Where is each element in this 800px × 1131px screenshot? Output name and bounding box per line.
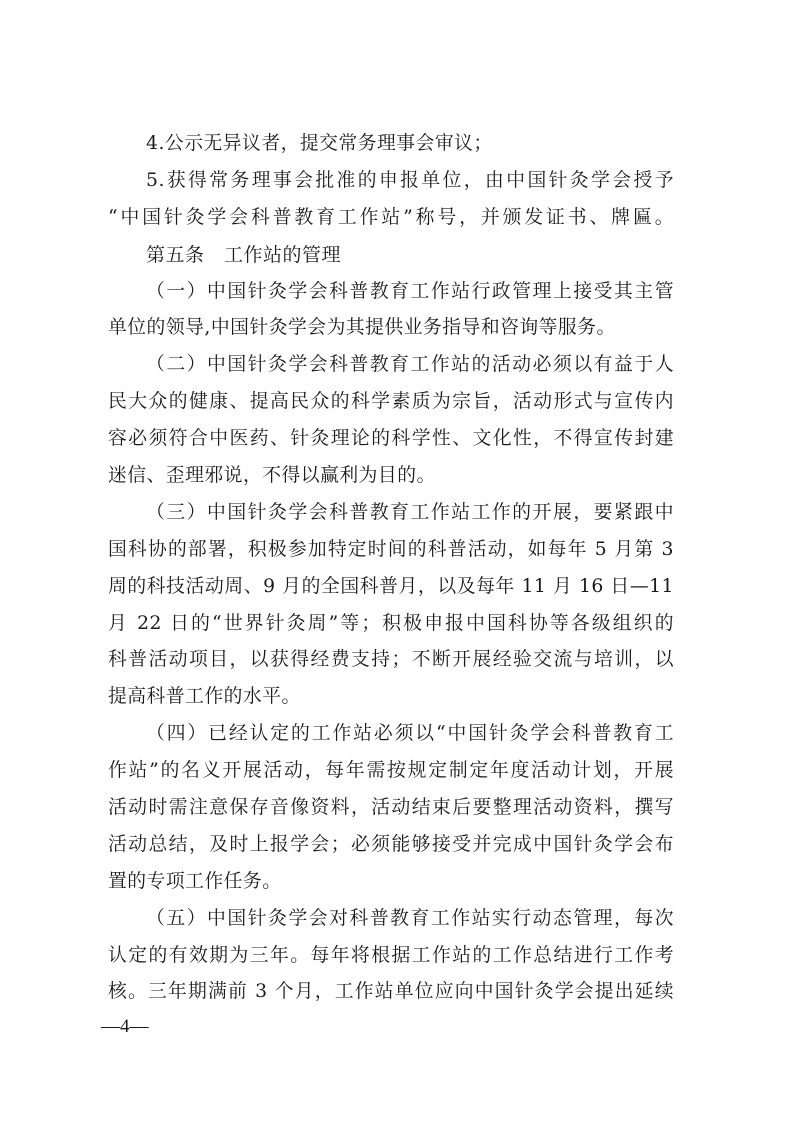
text-line: “中国针灸学会科普教育工作站”称号，并颁发证书、牌匾。 — [108, 200, 674, 237]
text-line: 核。三年期满前 3 个月，工作站单位应向中国针灸学会提出延续 — [108, 974, 674, 1011]
text-line: 月 22 日的“世界针灸周”等；积极申报中国科协等各级组织的 — [108, 606, 674, 643]
text-line: 活动时需注意保存音像资料，活动结束后要整理活动资料，撰写 — [108, 790, 674, 827]
text-line: 5.获得常务理事会批准的申报单位，由中国针灸学会授予 — [108, 163, 674, 200]
text-line: 活动总结，及时上报学会；必须能够接受并完成中国针灸学会布 — [108, 827, 674, 864]
text-line: 周的科技活动周、9 月的全国科普月，以及每年 11 月 16 日—11 — [108, 569, 674, 606]
text-line: （二）中国针灸学会科普教育工作站的活动必须以有益于人 — [108, 347, 674, 384]
text-line: 迷信、歪理邪说，不得以赢利为目的。 — [108, 458, 674, 495]
text-line: 民大众的健康、提高民众的科学素质为宗旨，活动形式与宣传内 — [108, 384, 674, 421]
text-line: 作站”的名义开展活动，每年需按规定制定年度活动计划，开展 — [108, 753, 674, 790]
text-line: （一）中国针灸学会科普教育工作站行政管理上接受其主管 — [108, 274, 674, 311]
text-line: 置的专项工作任务。 — [108, 864, 674, 901]
text-line: 认定的有效期为三年。每年将根据工作站的工作总结进行工作考 — [108, 938, 674, 975]
body-text: 4.公示无异议者，提交常务理事会审议； 5.获得常务理事会批准的申报单位，由中国… — [108, 126, 674, 1011]
text-line: 单位的领导,中国针灸学会为其提供业务指导和咨询等服务。 — [108, 310, 674, 347]
document-page: 4.公示无异议者，提交常务理事会审议； 5.获得常务理事会批准的申报单位，由中国… — [0, 0, 800, 1131]
text-line: 4.公示无异议者，提交常务理事会审议； — [108, 126, 674, 163]
page-number: —4— — [101, 1016, 149, 1038]
text-line: 提高科普工作的水平。 — [108, 679, 674, 716]
text-line: 科普活动项目，以获得经费支持；不断开展经验交流与培训，以 — [108, 642, 674, 679]
text-line: 容必须符合中医药、针灸理论的科学性、文化性，不得宣传封建 — [108, 421, 674, 458]
text-line: （三）中国针灸学会科普教育工作站工作的开展，要紧跟中 — [108, 495, 674, 532]
text-line: （四）已经认定的工作站必须以“中国针灸学会科普教育工 — [108, 716, 674, 753]
text-line: （五）中国针灸学会对科普教育工作站实行动态管理，每次 — [108, 901, 674, 938]
text-line: 国科协的部署，积极参加特定时间的科普活动，如每年 5 月第 3 — [108, 532, 674, 569]
section-heading: 第五条 工作站的管理 — [108, 237, 674, 274]
